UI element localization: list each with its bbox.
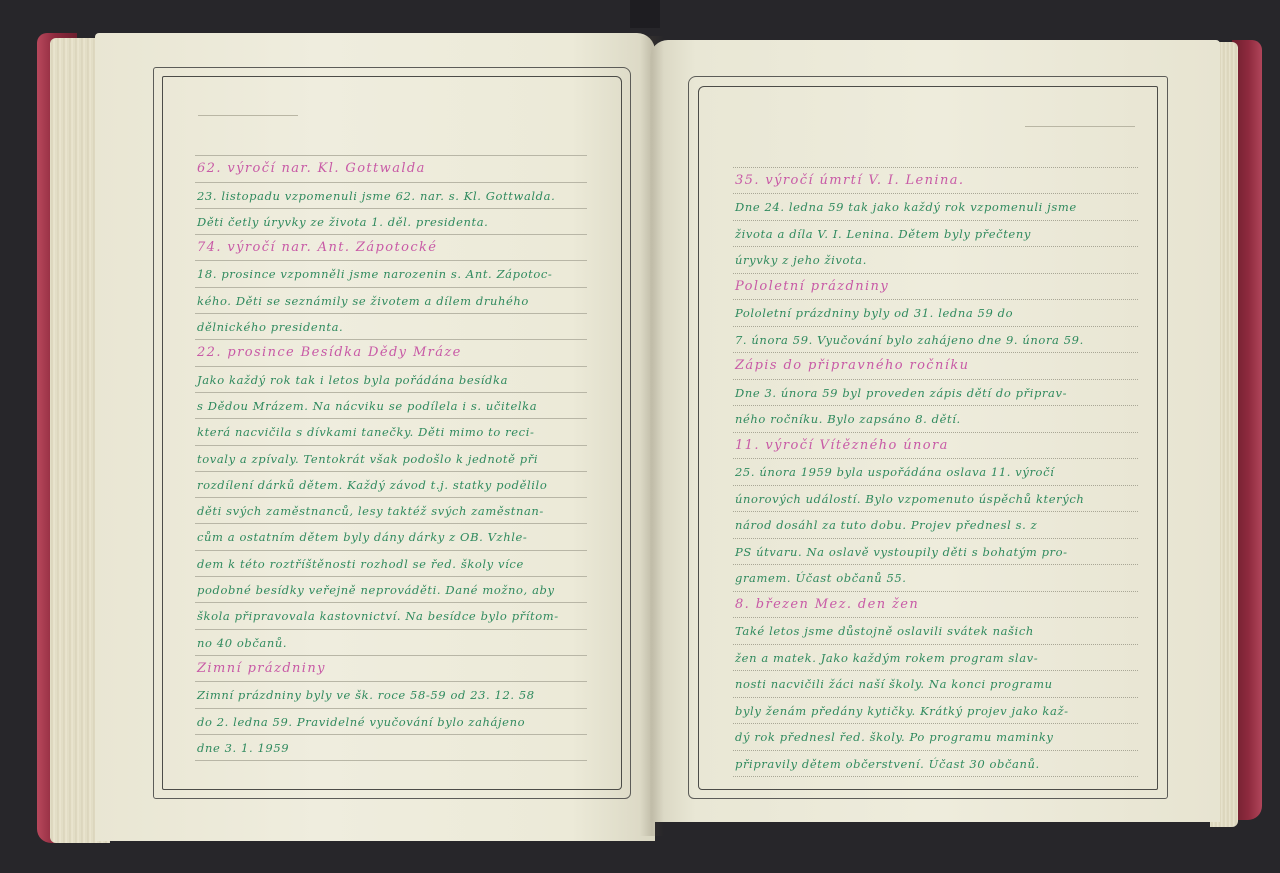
entry-text-line: žen a matek. Jako každým rokem program s… bbox=[733, 645, 1138, 672]
left-page: 62. výročí nar. Kl. Gottwalda23. listopa… bbox=[95, 33, 655, 841]
entry-text-line: života a díla V. I. Lenina. Dětem byly p… bbox=[733, 221, 1138, 248]
entry-text-line: 25. února 1959 byla uspořádána oslava 11… bbox=[733, 459, 1138, 486]
entry-text-line: gramem. Účast občanů 55. bbox=[733, 565, 1138, 592]
entry-text-line: Dne 24. ledna 59 tak jako každý rok vzpo… bbox=[733, 194, 1138, 221]
entry-heading: Zimní prázdniny bbox=[195, 656, 587, 682]
entry-text-line: Jako každý rok tak i letos byla pořádána… bbox=[195, 367, 587, 393]
entry-text-line: nosti nacvičili žáci naší školy. Na konc… bbox=[733, 671, 1138, 698]
entry-text-line: podobné besídky veřejně neprováděti. Dan… bbox=[195, 577, 587, 603]
entry-heading: 35. výročí úmrtí V. I. Lenina. bbox=[733, 168, 1138, 195]
entry-text-line: Také letos jsme důstojně oslavili svátek… bbox=[733, 618, 1138, 645]
entry-heading: 11. výročí Vítězného února bbox=[733, 433, 1138, 460]
book-gutter bbox=[640, 36, 664, 836]
entry-heading: 62. výročí nar. Kl. Gottwalda bbox=[195, 156, 587, 182]
right-page-text: 35. výročí úmrtí V. I. Lenina.Dne 24. le… bbox=[733, 141, 1138, 777]
blank-ruled-line bbox=[733, 141, 1138, 168]
entry-text-line: dý rok přednesl řed. školy. Po programu … bbox=[733, 724, 1138, 751]
entry-text-line: Zimní prázdniny byly ve šk. roce 58-59 o… bbox=[195, 682, 587, 708]
entry-heading: 74. výročí nar. Ant. Zápotocké bbox=[195, 235, 587, 261]
entry-text-line: 18. prosince vzpomněli jsme narozenin s.… bbox=[195, 261, 587, 287]
entry-text-line: rozdílení dárků dětem. Každý závod t.j. … bbox=[195, 472, 587, 498]
entry-text-line: kého. Děti se seznámily se životem a díl… bbox=[195, 288, 587, 314]
entry-text-line: tovaly a zpívaly. Tentokrát však podošlo… bbox=[195, 446, 587, 472]
entry-text-line: úryvky z jeho života. bbox=[733, 247, 1138, 274]
entry-text-line: cům a ostatním dětem byly dány dárky z O… bbox=[195, 524, 587, 550]
corner-rule bbox=[1025, 126, 1135, 127]
entry-text-line: Dne 3. února 59 byl proveden zápis dětí … bbox=[733, 380, 1138, 407]
entry-text-line: PS útvaru. Na oslavě vystoupily děti s b… bbox=[733, 539, 1138, 566]
corner-rule bbox=[198, 115, 298, 116]
entry-text-line: Děti četly úryvky ze života 1. děl. pres… bbox=[195, 209, 587, 235]
entry-text-line: s Dědou Mrázem. Na nácviku se podílela i… bbox=[195, 393, 587, 419]
entry-text-line: dělnického presidenta. bbox=[195, 314, 587, 340]
entry-text-line: dne 3. 1. 1959 bbox=[195, 735, 587, 761]
entry-text-line: škola připravovala kastovnictví. Na besí… bbox=[195, 603, 587, 629]
entry-text-line: děti svých zaměstnanců, lesy taktéž svýc… bbox=[195, 498, 587, 524]
entry-text-line: Pololetní prázdniny byly od 31. ledna 59… bbox=[733, 300, 1138, 327]
entry-text-line: no 40 občanů. bbox=[195, 630, 587, 656]
entry-text-line: 7. února 59. Vyučování bylo zahájeno dne… bbox=[733, 327, 1138, 354]
entry-text-line: ného ročníku. Bylo zapsáno 8. dětí. bbox=[733, 406, 1138, 433]
entry-text-line: připravily dětem občerstvení. Účast 30 o… bbox=[733, 751, 1138, 778]
entry-text-line: do 2. ledna 59. Pravidelné vyučování byl… bbox=[195, 709, 587, 735]
entry-text-line: národ dosáhl za tuto dobu. Projev předne… bbox=[733, 512, 1138, 539]
entry-heading: 22. prosince Besídka Dědy Mráze bbox=[195, 340, 587, 366]
entry-heading: 8. březen Mez. den žen bbox=[733, 592, 1138, 619]
right-page: 35. výročí úmrtí V. I. Lenina.Dne 24. le… bbox=[650, 40, 1220, 822]
entry-text-line: dem k této roztříštěnosti rozhodl se řed… bbox=[195, 551, 587, 577]
blank-ruled-line bbox=[195, 130, 587, 156]
entry-text-line: byly ženám předány kytičky. Krátký proje… bbox=[733, 698, 1138, 725]
entry-text-line: která nacvičila s dívkami tanečky. Děti … bbox=[195, 419, 587, 445]
entry-heading: Pololetní prázdniny bbox=[733, 274, 1138, 301]
scan-backdrop bbox=[630, 0, 660, 28]
entry-heading: Zápis do připravného ročníku bbox=[733, 353, 1138, 380]
entry-text-line: únorových událostí. Bylo vzpomenuto úspě… bbox=[733, 486, 1138, 513]
entry-text-line: 23. listopadu vzpomenuli jsme 62. nar. s… bbox=[195, 183, 587, 209]
left-page-text: 62. výročí nar. Kl. Gottwalda23. listopa… bbox=[195, 130, 587, 761]
